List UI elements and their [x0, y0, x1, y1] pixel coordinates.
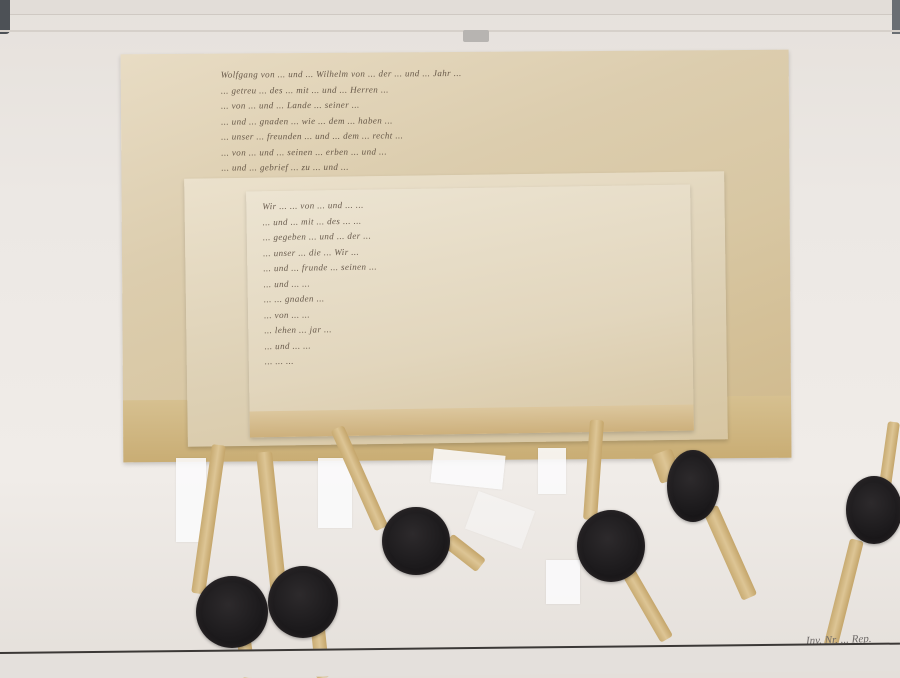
mounting-tape	[546, 560, 580, 604]
wax-seal	[196, 576, 268, 648]
seal-strap	[824, 538, 864, 648]
wax-seal	[846, 476, 900, 544]
frame-bottom-rail	[0, 643, 900, 678]
mounting-tape	[538, 448, 566, 494]
mounting-tape	[430, 448, 505, 489]
mat-edge	[0, 30, 900, 32]
seal-strap	[703, 505, 757, 601]
front-charter: Wir ... ... von ... und ... ... ... und …	[246, 185, 694, 438]
mounting-clip	[463, 30, 489, 42]
wax-seal	[268, 566, 338, 638]
charter-text: Wir ... ... von ... und ... ... ... und …	[262, 193, 693, 370]
frame-corner-left	[0, 0, 10, 34]
mounting-tape	[465, 491, 535, 549]
wax-seal	[382, 507, 450, 575]
seal-strap	[256, 451, 287, 592]
wax-seal	[667, 450, 719, 522]
wax-seal	[577, 510, 645, 582]
frame-top-edge	[0, 0, 900, 15]
seal-strap	[621, 567, 673, 643]
frame-corner-right	[892, 0, 900, 34]
